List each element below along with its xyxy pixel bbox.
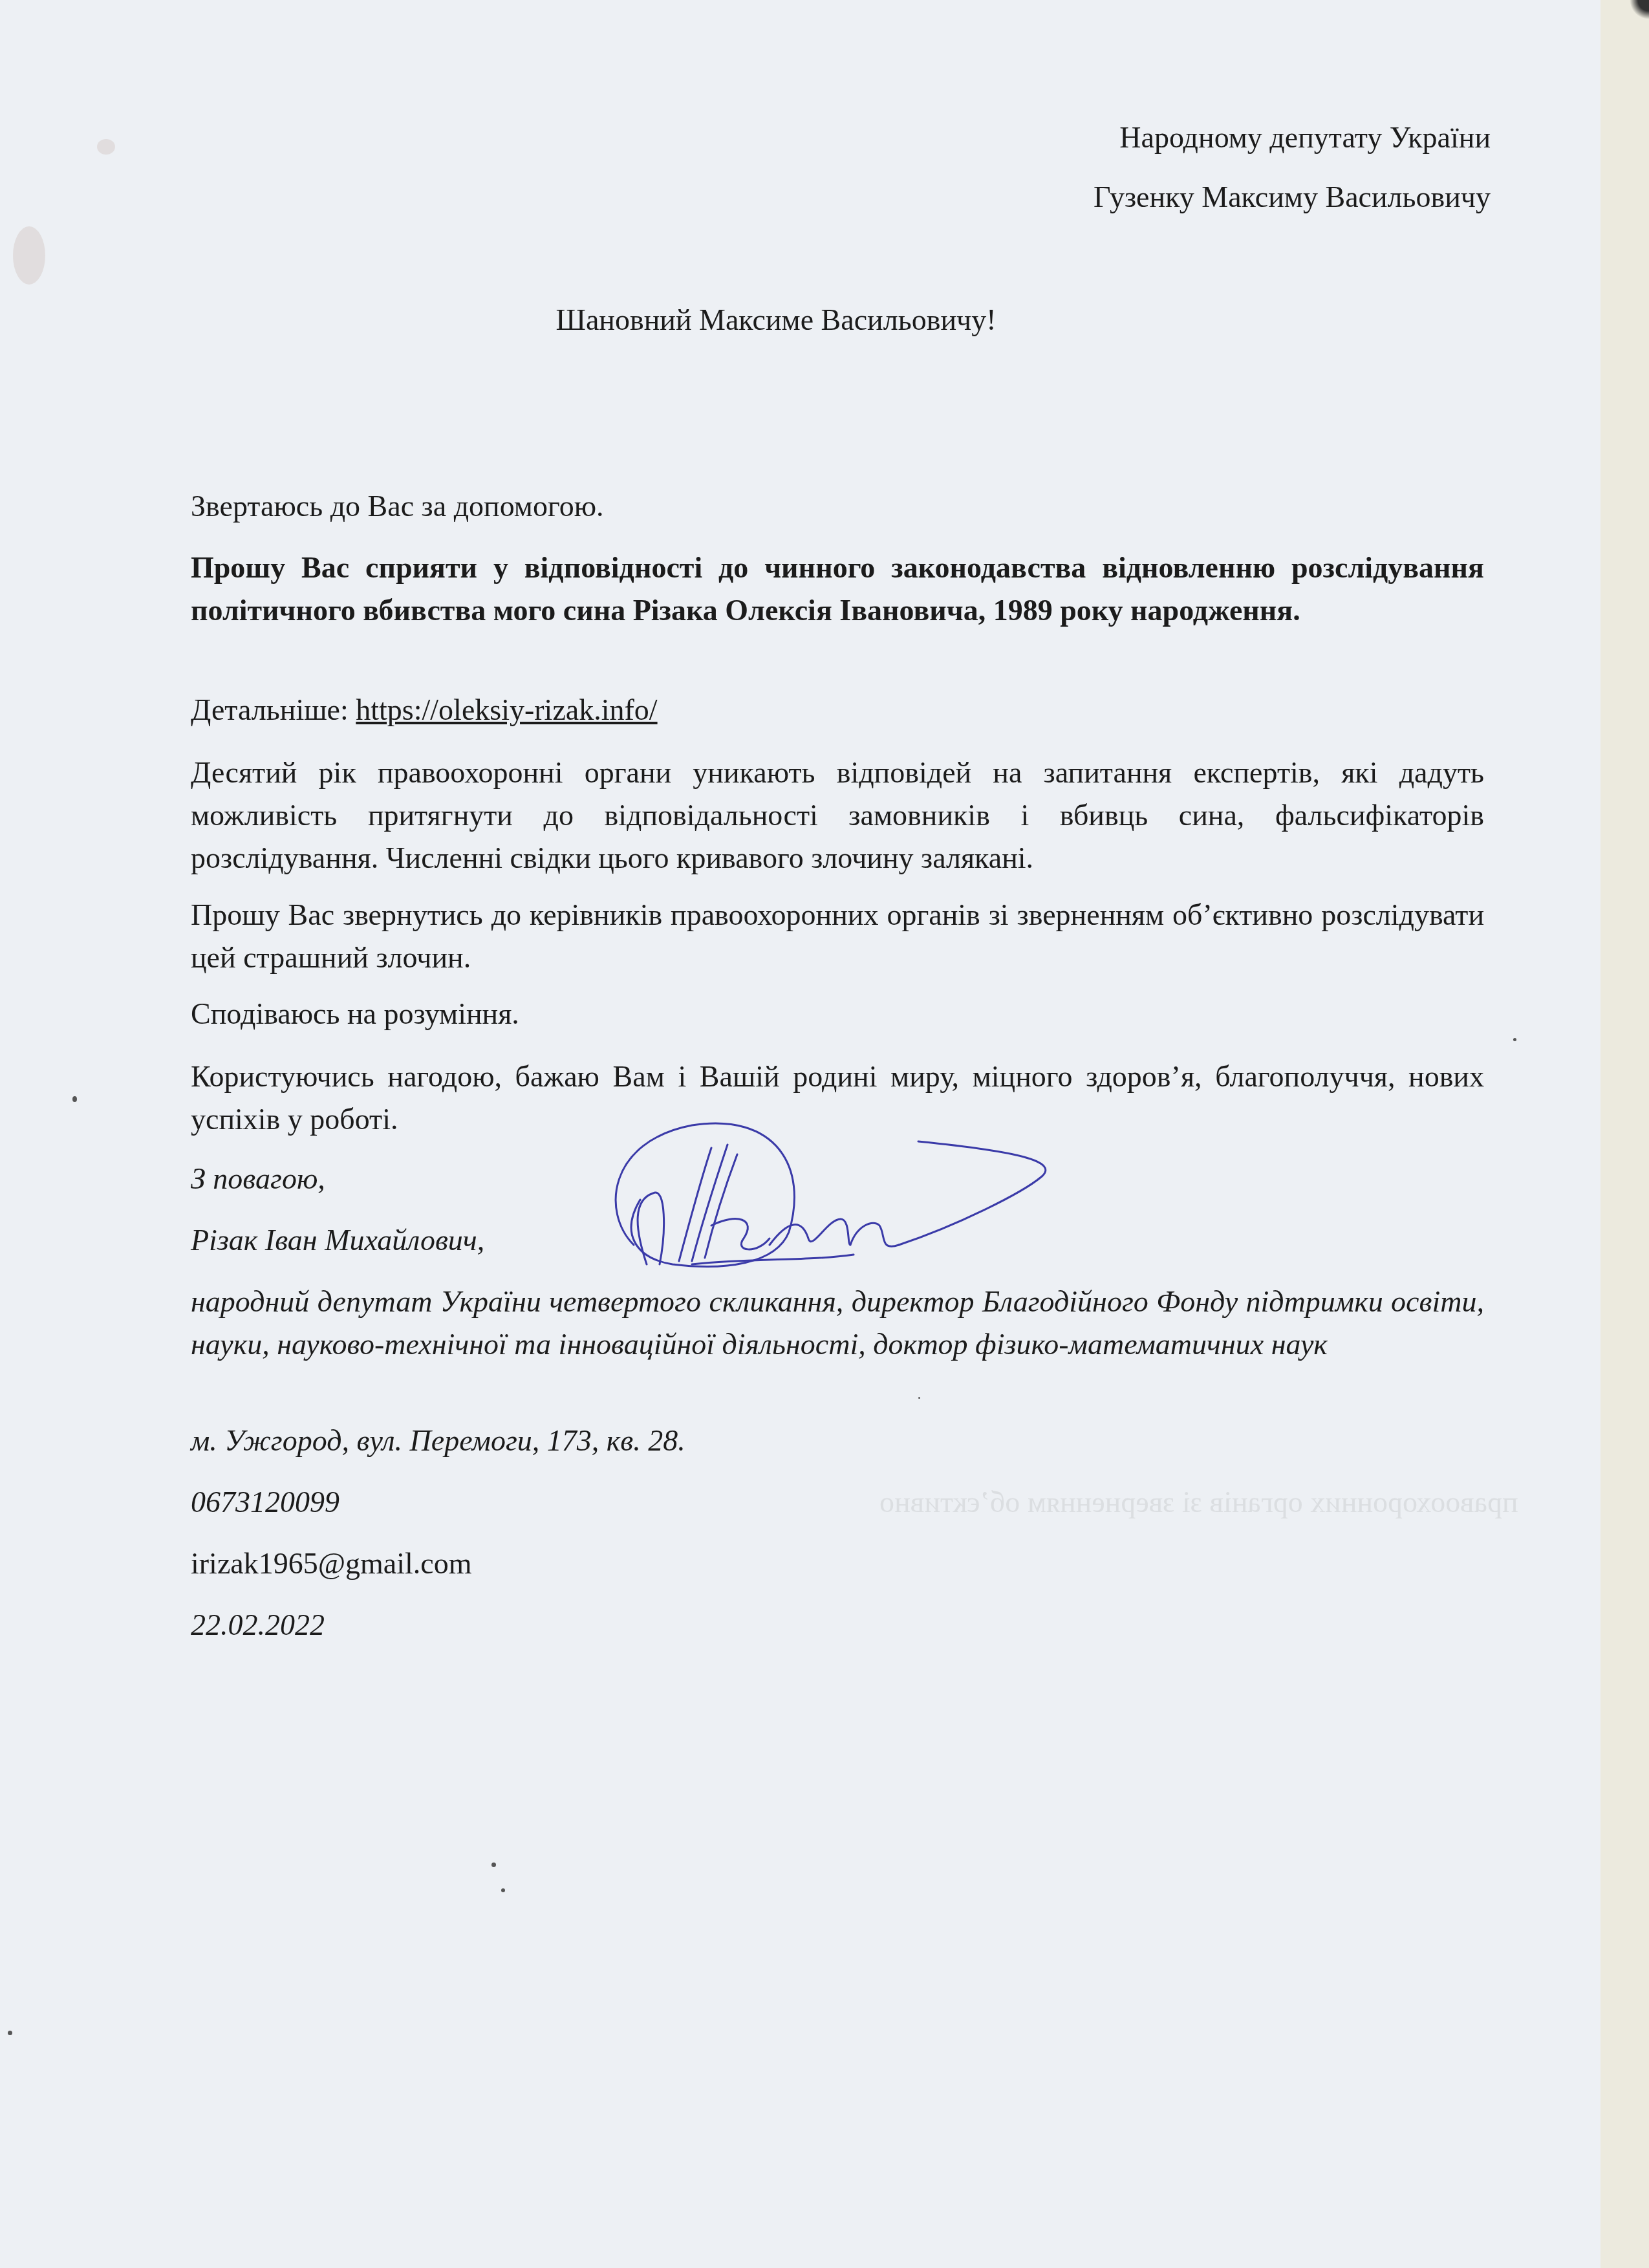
paper-speck xyxy=(8,2031,12,2035)
handwritten-signature-icon xyxy=(595,1116,1080,1284)
signatory-address: м. Ужгород, вул. Перемоги, 173, кв. 28. xyxy=(191,1420,1484,1462)
paper-speck xyxy=(491,1863,496,1867)
signatory-title: народний депутат України четвертого скли… xyxy=(191,1280,1484,1366)
paper-speck xyxy=(1513,1038,1516,1041)
details-label: Детальніше: xyxy=(191,693,356,726)
paper-stain xyxy=(13,226,45,285)
paper-speck xyxy=(72,1096,77,1102)
paragraph-appeal: Звертаюсь до Вас за допомогою. xyxy=(191,485,1484,528)
paragraph-request: Прошу Вас сприяти у відповідності до чин… xyxy=(191,546,1484,632)
salutation: Шановний Максиме Васильовичу! xyxy=(0,299,1600,341)
addressee-line-2: Гузенку Максиму Васильовичу xyxy=(1094,176,1491,219)
corner-shadow xyxy=(1630,0,1649,19)
details-link[interactable]: https://oleksiy-rizak.info/ xyxy=(356,693,657,726)
paper-stain xyxy=(97,139,115,155)
signatory-email: irizak1965@gmail.com xyxy=(191,1542,1484,1585)
letter-date: 22.02.2022 xyxy=(191,1604,1484,1647)
addressee-line-1: Народному депутату України xyxy=(1119,116,1491,159)
paper-speck xyxy=(918,1397,920,1399)
paragraph-hope: Сподіваюсь на розуміння. xyxy=(191,993,1484,1035)
bleed-through-text: правоохоронних органів зі зверненням об’… xyxy=(879,1481,1518,1524)
paragraph-investigation: Десятий рік правоохоронні органи уникают… xyxy=(191,751,1484,880)
paper-speck xyxy=(501,1888,505,1892)
scanned-page: Народному депутату України Гузенку Макси… xyxy=(0,0,1600,2268)
paragraph-details: Детальніше: https://oleksiy-rizak.info/ xyxy=(191,689,1484,731)
paragraph-request-2: Прошу Вас звернутись до керівників право… xyxy=(191,894,1484,979)
scanner-edge xyxy=(1600,0,1649,2268)
